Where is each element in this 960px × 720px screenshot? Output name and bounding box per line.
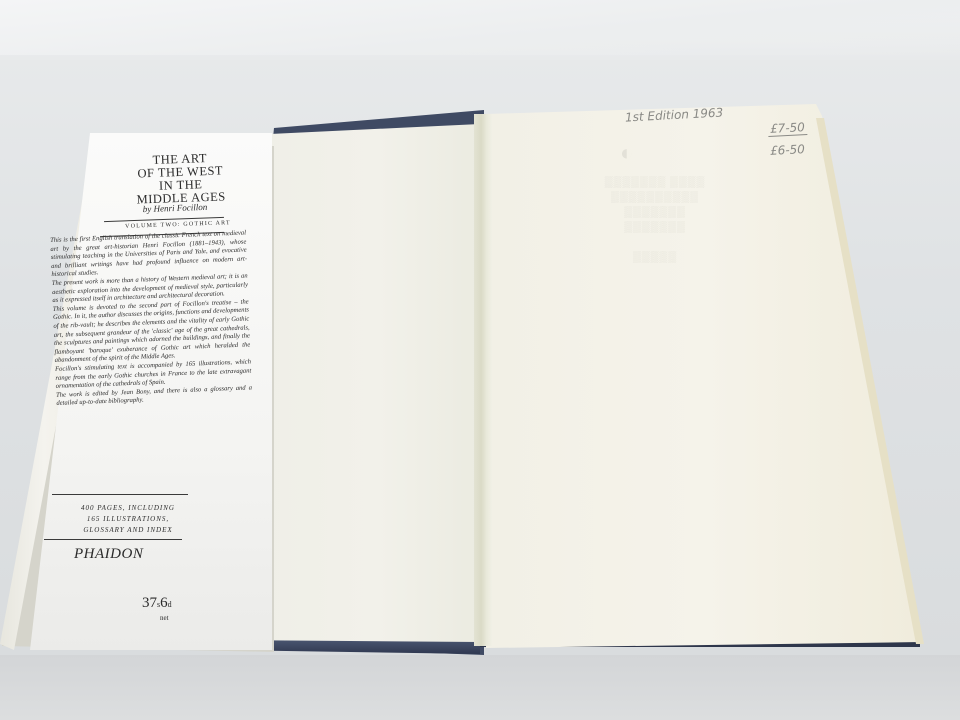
divider: [52, 494, 188, 495]
divider: [44, 539, 182, 540]
price-pence: 6: [160, 595, 168, 611]
jacket-price: 37s6d: [142, 595, 172, 612]
table-foreground: [0, 655, 960, 720]
blurb-paragraph: This is the first English translation of…: [50, 229, 248, 279]
handwritten-price-1: £7-50: [768, 120, 808, 136]
price-note: net: [160, 614, 169, 622]
price-1-text: £7-50: [768, 120, 808, 137]
bleed-through-logo: ◐: [620, 145, 634, 160]
pages-line: GLOSSARY AND INDEX: [48, 525, 208, 536]
flap-blurb: This is the first English translation of…: [50, 229, 252, 408]
publisher-name: PHAIDON: [74, 546, 143, 563]
book-title: THE ART OF THE WEST IN THE MIDDLE AGES: [117, 151, 244, 207]
book-hinge: [474, 114, 492, 646]
handwritten-price-2: £6-50: [770, 142, 806, 158]
pages-line: 165 ILLUSTRATIONS,: [48, 514, 208, 525]
price-shillings: 37: [142, 595, 157, 611]
table-surface: [0, 0, 960, 55]
pages-line: 400 PAGES, INCLUDING: [48, 503, 208, 514]
pages-info: 400 PAGES, INCLUDING 165 ILLUSTRATIONS, …: [48, 503, 208, 536]
blurb-paragraph: This volume is devoted to the second par…: [53, 298, 251, 366]
bleed-through-text: ▒▒▒▒▒▒▒ ▒▒▒▒▒▒▒▒▒▒▒▒▒▒ ▒▒▒▒▒▒▒▒▒▒▒▒▒▒▒▒▒…: [585, 175, 725, 265]
price-d: d: [168, 600, 172, 609]
